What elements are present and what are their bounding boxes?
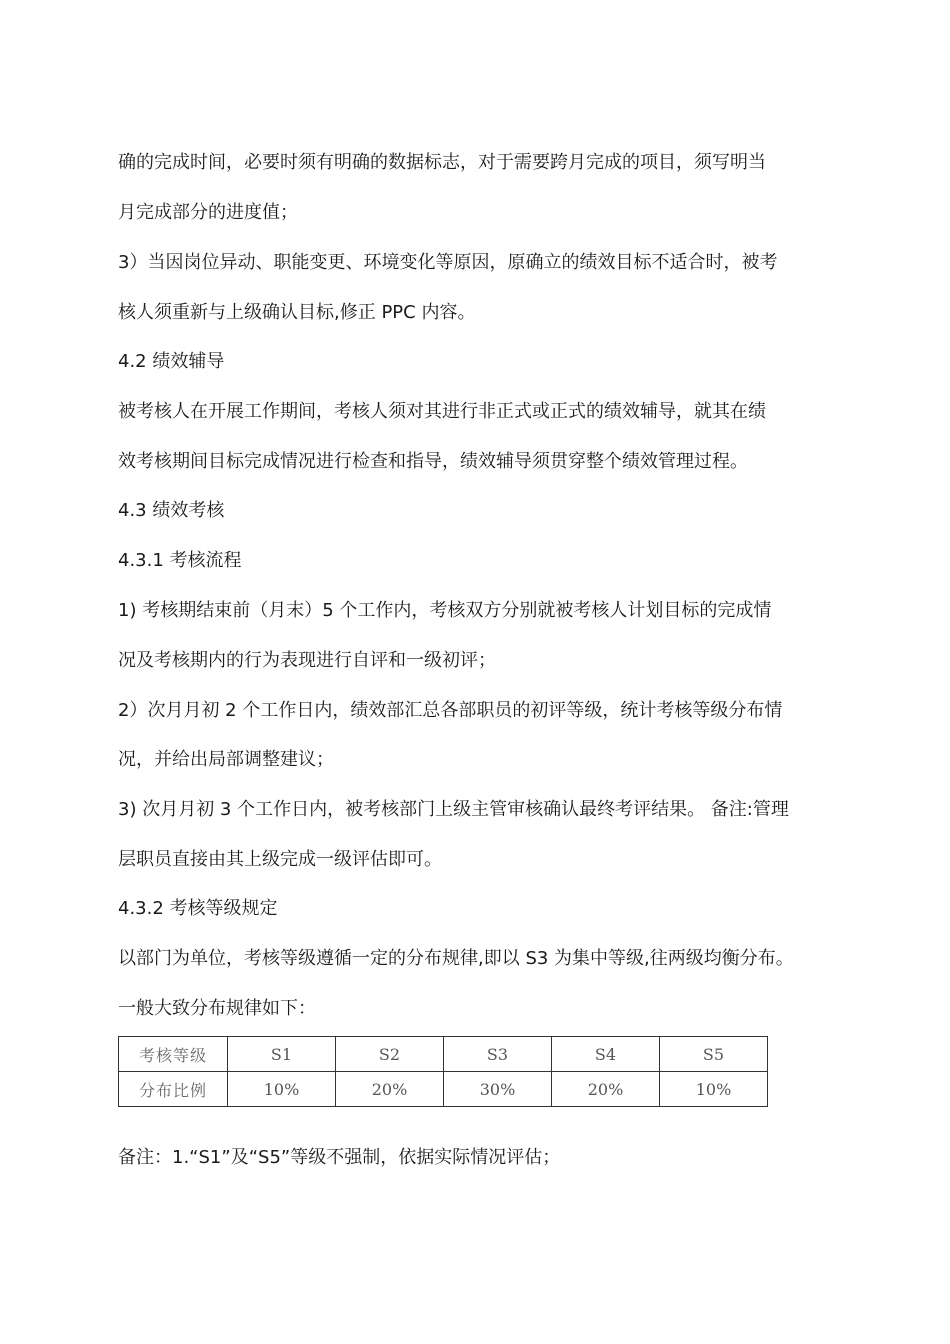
- table-cell-grade: S3: [444, 1037, 552, 1072]
- paragraph-line: 月完成部分的进度值；: [118, 201, 298, 225]
- note-text: 备注：1.“S1”及“S5”等级不强制，依据实际情况评估；: [118, 1146, 560, 1170]
- table-cell-ratio: 30%: [444, 1072, 552, 1107]
- paragraph-line: 况及考核期内的行为表现进行自评和一级初评；: [118, 649, 496, 673]
- table-row-ratios: 分布比例 10% 20% 30% 20% 10%: [119, 1072, 768, 1107]
- paragraph-line: 效考核期间目标完成情况进行检查和指导，绩效辅导须贯穿整个绩效管理过程。: [118, 450, 748, 474]
- table-cell-ratio: 20%: [552, 1072, 660, 1107]
- table-row-grades: 考核等级 S1 S2 S3 S4 S5: [119, 1037, 768, 1072]
- paragraph-line: 况，并给出局部调整建议；: [118, 748, 334, 772]
- section-heading-4-3: 4.3 绩效考核: [118, 499, 224, 523]
- section-heading-4-3-1: 4.3.1 考核流程: [118, 549, 242, 573]
- paragraph-line: 以部门为单位，考核等级遵循一定的分布规律,即以 S3 为集中等级,往两级均衡分布…: [118, 947, 794, 971]
- table-row-header: 分布比例: [119, 1072, 228, 1107]
- paragraph-line: 一般大致分布规律如下：: [118, 997, 316, 1021]
- table-cell-grade: S4: [552, 1037, 660, 1072]
- table-cell-ratio: 10%: [660, 1072, 768, 1107]
- table-cell-grade: S5: [660, 1037, 768, 1072]
- paragraph-line: 核人须重新与上级确认目标,修正 PPC 内容。: [118, 301, 475, 325]
- paragraph-line: 1) 考核期结束前（月末）5 个工作内，考核双方分别就被考核人计划目标的完成情: [118, 599, 771, 623]
- paragraph-line: 3）当因岗位异动、职能变更、环境变化等原因，原确立的绩效目标不适合时，被考: [118, 251, 777, 275]
- table-cell-ratio: 10%: [228, 1072, 336, 1107]
- paragraph-line: 确的完成时间，必要时须有明确的数据标志，对于需要跨月完成的项目，须写明当: [118, 151, 766, 175]
- paragraph-line: 被考核人在开展工作期间，考核人须对其进行非正式或正式的绩效辅导，就其在绩: [118, 400, 766, 424]
- grade-distribution-table: 考核等级 S1 S2 S3 S4 S5 分布比例 10% 20% 30% 20%…: [118, 1036, 768, 1107]
- section-heading-4-2: 4.2 绩效辅导: [118, 350, 224, 374]
- table-cell-grade: S1: [228, 1037, 336, 1072]
- paragraph-line: 2）次月月初 2 个工作日内，绩效部汇总各部职员的初评等级，统计考核等级分布情: [118, 699, 782, 723]
- table-cell-ratio: 20%: [336, 1072, 444, 1107]
- table-cell-grade: S2: [336, 1037, 444, 1072]
- paragraph-line: 3) 次月月初 3 个工作日内，被考核部门上级主管审核确认最终考评结果。 备注:…: [118, 798, 789, 822]
- document-page: 确的完成时间，必要时须有明确的数据标志，对于需要跨月完成的项目，须写明当 月完成…: [0, 0, 950, 1344]
- section-heading-4-3-2: 4.3.2 考核等级规定: [118, 897, 278, 921]
- table-row-header: 考核等级: [119, 1037, 228, 1072]
- paragraph-line: 层职员直接由其上级完成一级评估即可。: [118, 848, 442, 872]
